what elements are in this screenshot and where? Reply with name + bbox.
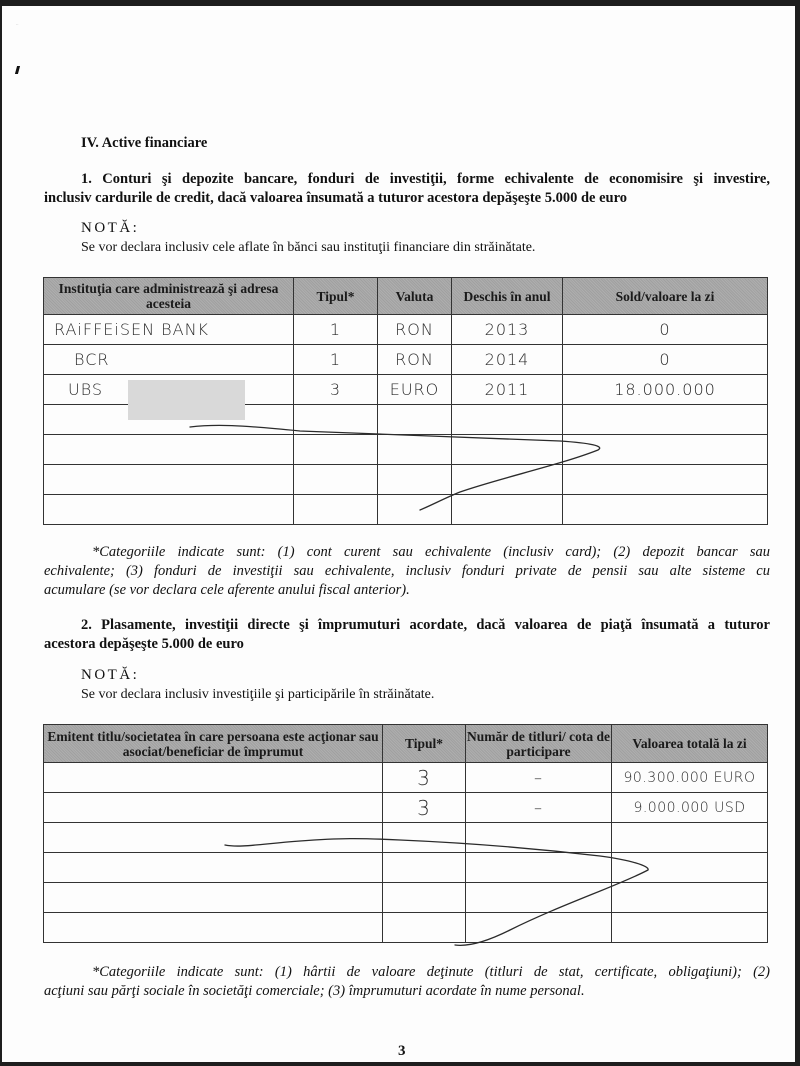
part1-footnote-line2: echivalente; (3) fonduri de investiţii s… [44, 562, 770, 581]
cell-empty [294, 435, 378, 465]
part2-heading: 2. Plasamente, investiţii directe şi împ… [44, 616, 770, 654]
cell-type: 3 [294, 375, 378, 405]
cell-empty [44, 435, 294, 465]
cell-shares: – [466, 763, 612, 793]
cell-empty [452, 435, 563, 465]
section-title: IV. Active financiare [81, 135, 207, 152]
redaction-box [128, 380, 245, 420]
cell-empty [378, 405, 452, 435]
table-header-row: Emitent titlu/societatea în care persoan… [44, 725, 768, 763]
cell-empty [452, 495, 563, 525]
cell-issuer [44, 793, 383, 823]
cell-empty [383, 853, 466, 883]
part1-nota-label: NOTĂ: [81, 220, 139, 237]
investments-table: Emitent titlu/societatea în care persoan… [43, 724, 768, 943]
page-number: 3 [398, 1043, 406, 1060]
part1-heading-line1: 1. Conturi şi depozite bancare, fonduri … [44, 170, 770, 189]
table-row [44, 435, 768, 465]
cell-empty [563, 405, 768, 435]
part2-nota-text: Se vor declara inclusiv investiţiile şi … [81, 687, 434, 703]
cell-empty [563, 435, 768, 465]
cell-currency: EURO [378, 375, 452, 405]
cell-currency: RON [378, 315, 452, 345]
cell-empty [466, 823, 612, 853]
cell-balance: 18.000.000 [563, 375, 768, 405]
part1-footnote-line3: acumulare (se vor declara cele aferente … [44, 581, 770, 600]
part2-footnote-line2: acţiuni sau părţi sociale în societăţi c… [44, 982, 770, 1001]
col-header-type: Tipul* [383, 725, 466, 763]
cell-empty [44, 495, 294, 525]
cell-year: 2014 [452, 345, 563, 375]
cell-value: 9.000.000 USD [612, 793, 768, 823]
cell-year: 2011 [452, 375, 563, 405]
table-header-row: Instituţia care administrează şi adresa … [44, 278, 768, 315]
part2-heading-line1: 2. Plasamente, investiţii directe şi împ… [44, 616, 770, 635]
cell-empty [44, 883, 383, 913]
cell-empty [563, 465, 768, 495]
cell-empty [294, 405, 378, 435]
col-header-total-value: Valoarea totală la zi [612, 725, 768, 763]
table-row [44, 883, 768, 913]
cell-empty [612, 853, 768, 883]
table-row: 3 – 90.300.000 EURO [44, 763, 768, 793]
col-header-institution: Instituţia care administrează şi adresa … [44, 278, 294, 315]
cell-empty [452, 405, 563, 435]
cell-empty [378, 495, 452, 525]
table-row [44, 465, 768, 495]
cell-empty [378, 435, 452, 465]
cell-type: 1 [294, 345, 378, 375]
cell-empty [452, 465, 563, 495]
cell-value: 90.300.000 EURO [612, 763, 768, 793]
part2-footnote: *Categoriile indicate sunt: (1) hârtii d… [44, 963, 770, 1001]
part1-nota-text: Se vor declara inclusiv cele aflate în b… [81, 240, 535, 256]
cell-empty [378, 465, 452, 495]
cell-empty [612, 883, 768, 913]
col-header-issuer: Emitent titlu/societatea în care persoan… [44, 725, 383, 763]
cell-empty [466, 883, 612, 913]
cell-institution: BCR [44, 345, 294, 375]
cell-issuer [44, 763, 383, 793]
cell-empty [563, 495, 768, 525]
part2-footnote-line1: *Categoriile indicate sunt: (1) hârtii d… [44, 963, 770, 982]
cell-empty [383, 913, 466, 943]
table-row: RAiFFEiSEN BANK 1 RON 2013 0 [44, 315, 768, 345]
cell-type: 3 [383, 793, 466, 823]
part1-footnote-line1: *Categoriile indicate sunt: (1) cont cur… [44, 543, 770, 562]
cell-empty [383, 823, 466, 853]
col-header-type: Tipul* [294, 278, 378, 315]
col-header-shares-count: Număr de titluri/ cota de participare [466, 725, 612, 763]
cell-empty [294, 465, 378, 495]
cell-empty [466, 913, 612, 943]
col-header-opened-year: Deschis în anul [452, 278, 563, 315]
cell-empty [383, 883, 466, 913]
part2-nota-label: NOTĂ: [81, 667, 139, 684]
cell-balance: 0 [563, 345, 768, 375]
table-row [44, 495, 768, 525]
cell-empty [294, 495, 378, 525]
table-row [44, 823, 768, 853]
cell-currency: RON [378, 345, 452, 375]
part1-footnote: *Categoriile indicate sunt: (1) cont cur… [44, 543, 770, 600]
part1-heading-line2: inclusiv cardurile de credit, dacă valoa… [44, 190, 627, 206]
table-row: BCR 1 RON 2014 0 [44, 345, 768, 375]
cell-type: 3 [383, 763, 466, 793]
cell-empty [612, 913, 768, 943]
col-header-currency: Valuta [378, 278, 452, 315]
cell-empty [44, 823, 383, 853]
scan-artifact: .. [16, 22, 19, 27]
cell-type: 1 [294, 315, 378, 345]
cell-year: 2013 [452, 315, 563, 345]
cell-shares: – [466, 793, 612, 823]
cell-empty [612, 823, 768, 853]
cell-balance: 0 [563, 315, 768, 345]
cell-institution: RAiFFEiSEN BANK [44, 315, 294, 345]
col-header-balance: Sold/valoare la zi [563, 278, 768, 315]
table-row: 3 – 9.000.000 USD [44, 793, 768, 823]
cell-empty [466, 853, 612, 883]
cell-empty [44, 465, 294, 495]
table-row [44, 853, 768, 883]
part1-heading: 1. Conturi şi depozite bancare, fonduri … [44, 170, 770, 208]
part2-heading-line2: acestora depăşeşte 5.000 de euro [44, 636, 244, 652]
cell-empty [44, 853, 383, 883]
table-row [44, 913, 768, 943]
cell-empty [44, 913, 383, 943]
